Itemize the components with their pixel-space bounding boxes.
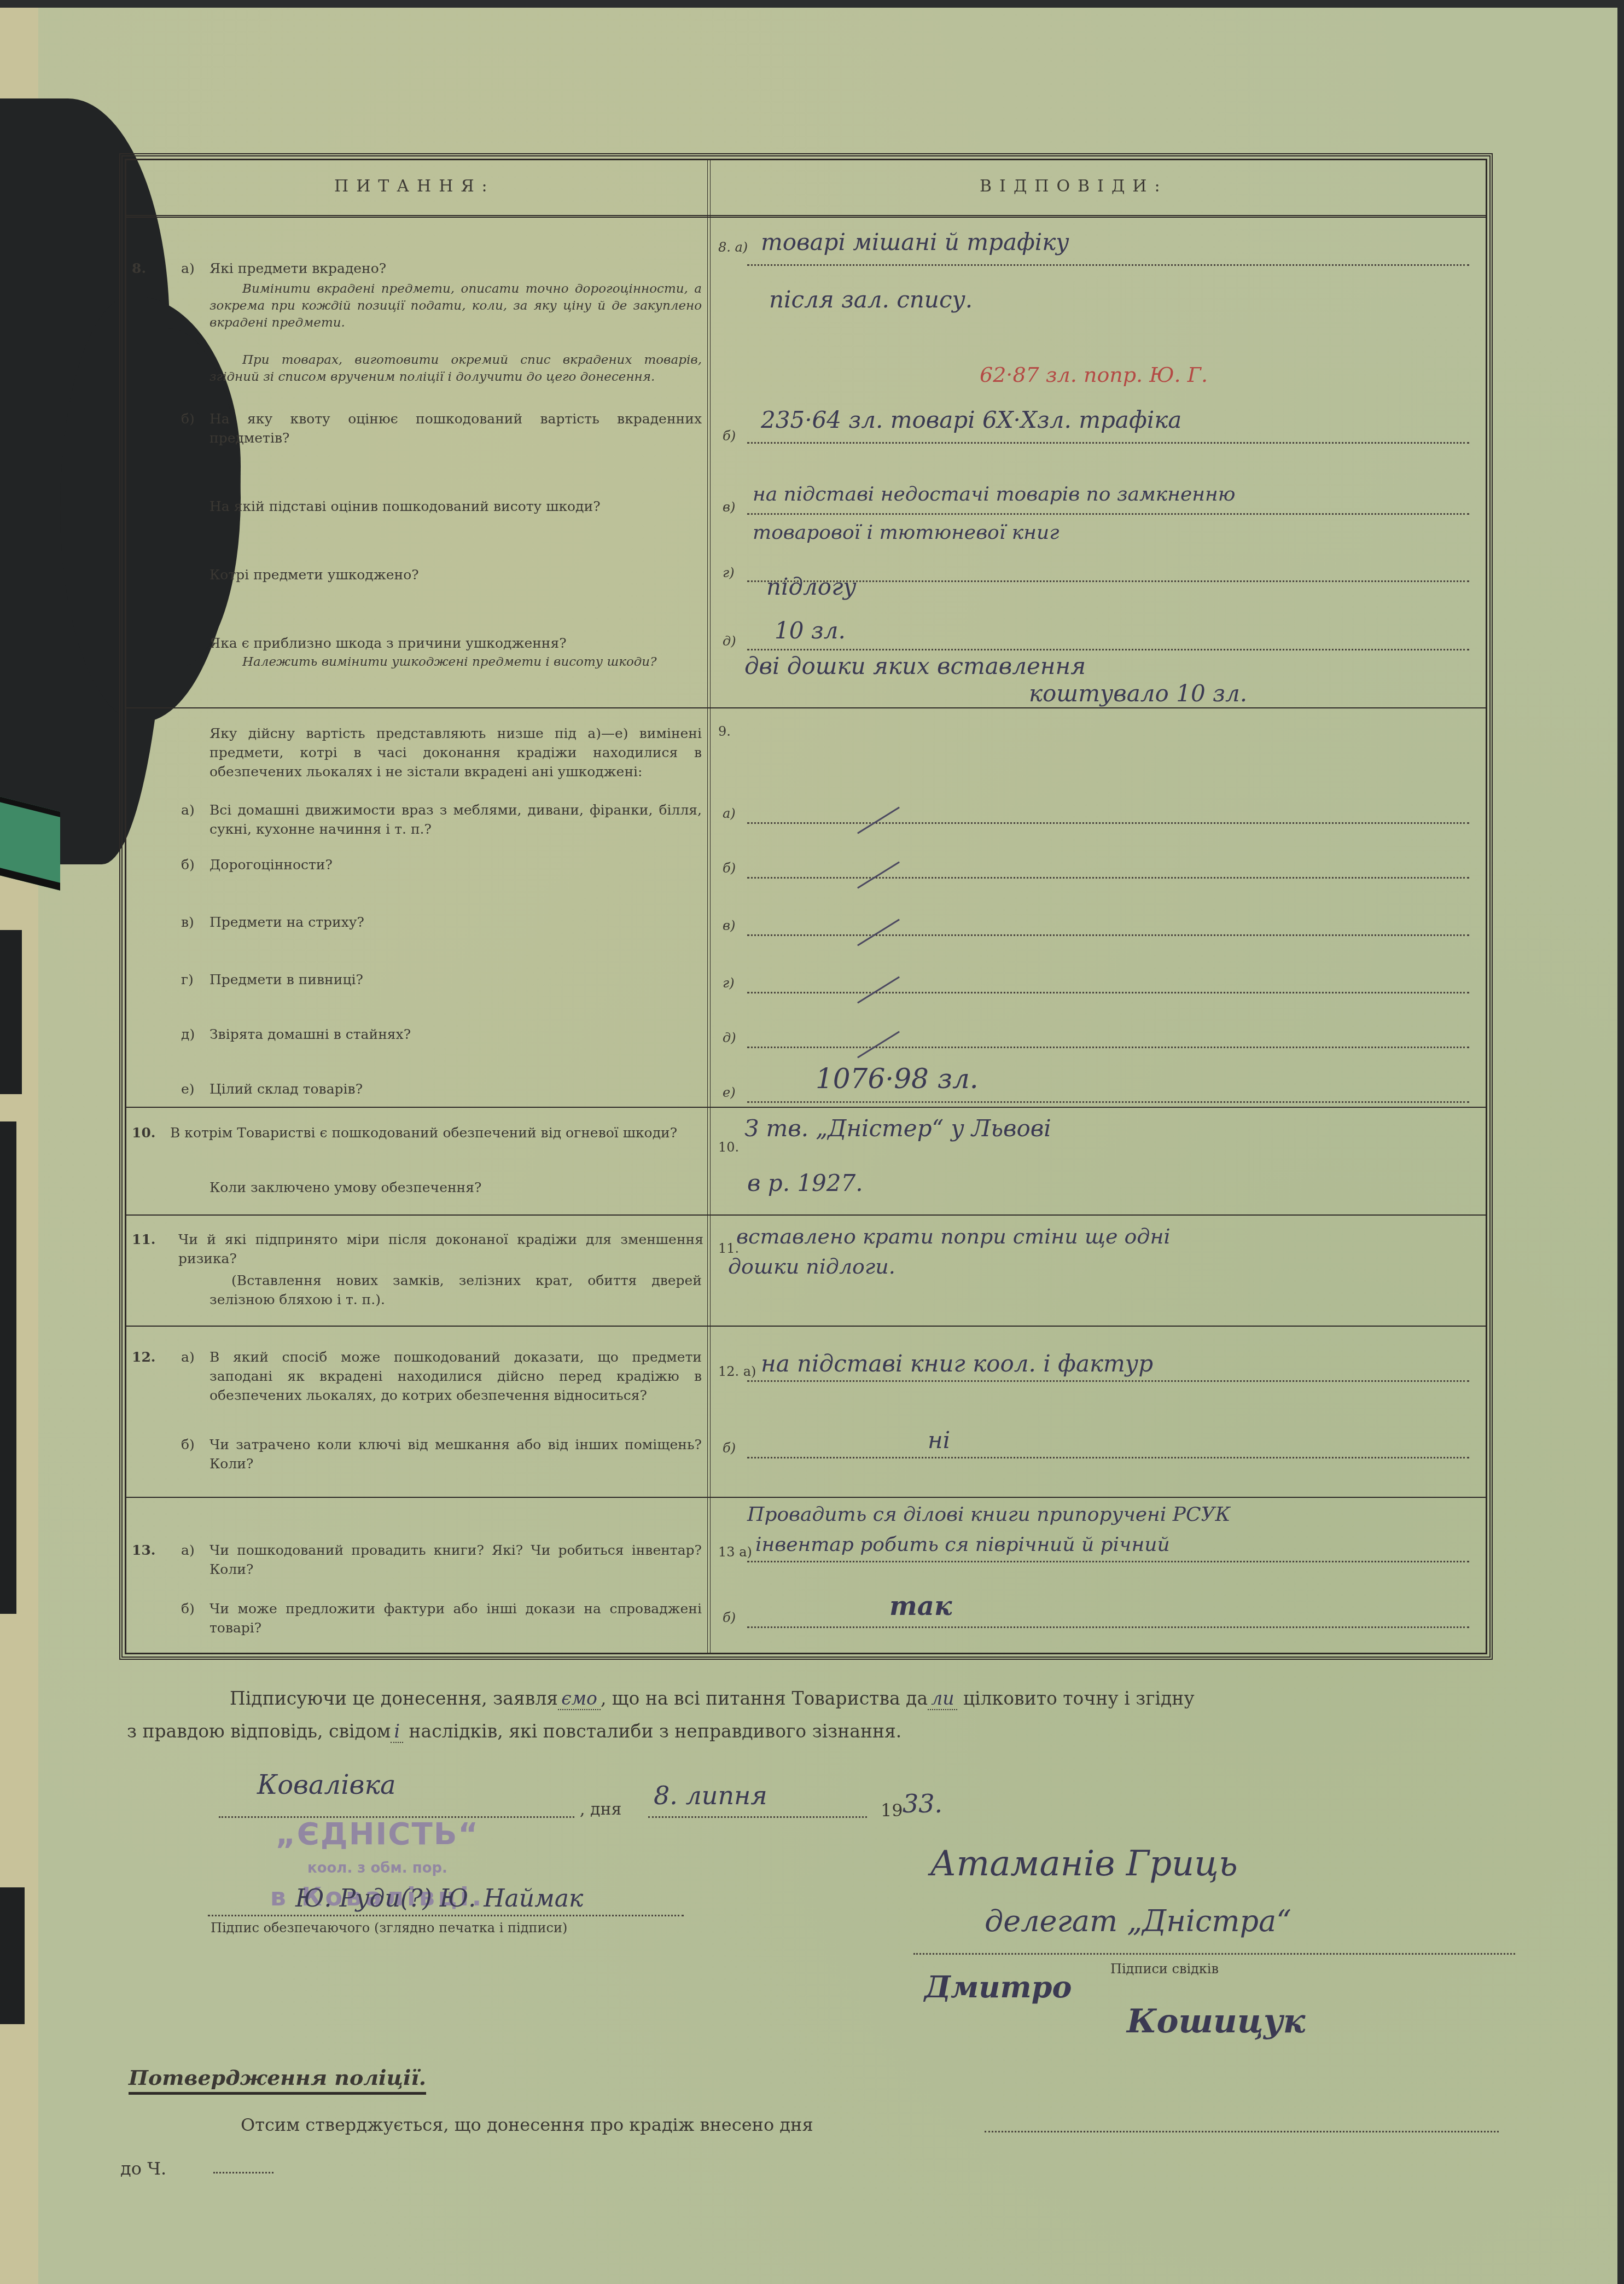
answer-line: [747, 992, 1469, 993]
table-header: ПИТАННЯ: ВІДПОВІДИ:: [126, 160, 1486, 218]
q12b-text: Чи затрачено коли ключі від мешкання або…: [209, 1435, 702, 1473]
q9-item-label: г): [181, 970, 194, 989]
q13-number: 13.: [132, 1541, 156, 1560]
dash-mark-icon: [857, 806, 900, 834]
answers-column-header: ВІДПОВІДИ:: [980, 177, 1168, 196]
day-label: , дня: [580, 1800, 621, 1819]
answer-line: [747, 1380, 1469, 1382]
dash-mark-icon: [857, 976, 900, 1003]
row-divider: [126, 1326, 1486, 1327]
police-confirmation-title: Потвердження поліції.: [129, 2065, 426, 2095]
a13b-label: б): [723, 1610, 736, 1625]
q11-note: (Вставлення нових замків, зелізних крат,…: [209, 1271, 702, 1309]
column-divider: [707, 160, 711, 1653]
dash-mark-icon: [857, 1031, 900, 1058]
a8d-answer-line-2: дві дошки яких вставлення: [744, 653, 1086, 679]
a9-item-label: а): [723, 806, 736, 821]
a11-answer-line-2: дошки підлоги.: [728, 1254, 895, 1278]
answer-line: [747, 1626, 1469, 1628]
q8a-label: а): [181, 259, 195, 278]
dash-mark-icon: [857, 861, 900, 888]
row-divider: [126, 1107, 1486, 1108]
a9-item-label: в): [723, 918, 735, 933]
a8g-label: г): [723, 565, 735, 580]
a13b-answer: так: [889, 1591, 952, 1622]
answer-line: [747, 1561, 1469, 1562]
answer-line: [747, 513, 1469, 515]
police-number-label: до Ч.: [120, 2158, 166, 2179]
q8a-note-2: При товарах, виготовити окремий спис вкр…: [209, 352, 702, 386]
row-divider: [126, 1497, 1486, 1498]
q8v-text: На якій підставі оцінив пошкодований вис…: [209, 497, 702, 516]
q9-item-text: Цілий склад товарів?: [209, 1079, 702, 1099]
a8a-answer-line-1: товарі мішані й трафіку: [761, 229, 1069, 255]
a13a-label: 13 а): [718, 1544, 752, 1560]
answer-line: [747, 649, 1469, 650]
questions-column-header: ПИТАННЯ:: [334, 177, 495, 196]
a8-label: 8. а): [718, 240, 748, 255]
q8-number: 8.: [132, 259, 146, 278]
a9-item-value: 1076·98 зл.: [816, 1063, 979, 1095]
row-divider: [126, 1214, 1486, 1216]
insured-signatures: Ю. Руди(?) Ю. Наймак: [295, 1885, 583, 1913]
a8b-answer: 235·64 зл. товарі 6Х·Хзл. трафіка: [761, 406, 1181, 433]
witness-1-name: Атаманів Гриць: [930, 1844, 1238, 1884]
q8b-text: На яку квоту оцінює пошкодований вартіст…: [209, 409, 702, 447]
insured-signature-line: [208, 1915, 684, 1916]
year-handwritten: 33.: [903, 1789, 942, 1818]
document-page: ПИТАННЯ: ВІДПОВІДИ: 8. а) Які предмети в…: [0, 0, 1624, 2284]
a12a-label: 12. а): [718, 1364, 756, 1379]
q8b-label: б): [181, 409, 195, 428]
q11-text: Чи й які підпринято міри після доконаної…: [178, 1230, 703, 1268]
witness-signature-line: [913, 1953, 1515, 1955]
q13a-text: Чи пошкодований провадить книги? Які? Чи…: [209, 1541, 702, 1579]
row-divider: [126, 707, 1486, 708]
q13b-text: Чи може предложити фактури або інші дока…: [209, 1599, 702, 1637]
a8d-label: д): [723, 634, 736, 649]
q12-number: 12.: [132, 1347, 156, 1367]
scan-background-right: [1617, 0, 1624, 2284]
witness-2-first-name: Дмитро: [924, 1969, 1072, 2004]
a8d-answer-line-3: коштувало 10 зл.: [1029, 680, 1247, 707]
q10-number: 10.: [132, 1123, 156, 1142]
a12a-answer: на підставі книг коол. і фактур: [761, 1350, 1153, 1377]
a8b-red-correction: 62·87 зл. попр. Ю. Г.: [980, 363, 1208, 387]
a13a-answer-line-1: Провадить ся ділові книги припоручені РС…: [747, 1503, 1230, 1526]
torn-edge: [0, 930, 22, 1094]
witness-2-last-name: Кошицук: [1127, 2002, 1305, 2041]
place-handwritten: Ковалівка: [257, 1770, 396, 1800]
date-handwritten: 8. липня: [654, 1781, 767, 1810]
declaration-line-2: з правдою відповідь, свідомі наслідків, …: [127, 1715, 1401, 1748]
q9-item-label: в): [181, 913, 194, 932]
q9-text: Яку дійсну вартість представляють низше …: [209, 724, 702, 781]
declaration-fill: ємо: [558, 1688, 601, 1710]
q13b-label: б): [181, 1599, 195, 1618]
questions-answers-table: ПИТАННЯ: ВІДПОВІДИ: 8. а) Які предмети в…: [125, 159, 1487, 1654]
witness-caption: Підписи свідків: [1110, 1961, 1219, 1977]
dash-mark-icon: [857, 919, 900, 946]
q10-text: В котрім Товаристві є пошкодований обезп…: [170, 1123, 703, 1142]
a12b-label: б): [723, 1440, 736, 1456]
q8g-text: Котрі предмети ушкоджено?: [209, 565, 702, 584]
insured-signature-caption: Підпис обезпечаючого (зглядно печатка і …: [211, 1920, 567, 1936]
q12a-text: В який спосіб може пошкодований доказати…: [209, 1347, 702, 1405]
q12a-label: а): [181, 1347, 195, 1367]
a10-answer-line-1: З тв. „Дністер“ у Львові: [744, 1115, 1051, 1142]
a12b-answer: ні: [928, 1427, 950, 1454]
q9-item-label: е): [181, 1079, 195, 1099]
torn-edge: [0, 1121, 16, 1614]
a8g-answer: підлогу: [766, 573, 857, 600]
witness-1-role: делегат „Дністра“: [985, 1904, 1291, 1938]
q9-item-text: Всі домашні движимости враз з меблями, д…: [209, 800, 702, 839]
a13a-answer-line-2: інвентар робить ся піврічний й річний: [755, 1533, 1170, 1556]
police-number-line: [213, 2172, 273, 2173]
declaration-fill: і: [391, 1721, 403, 1743]
q10-text-2: Коли заключено умову обезпечення?: [209, 1178, 702, 1197]
answer-line: [747, 264, 1469, 266]
torn-edge: [0, 1887, 25, 2024]
q9-item-label: б): [181, 855, 195, 874]
declaration-fill: ли: [928, 1688, 957, 1710]
a8d-answer-line-1: 10 зл.: [775, 617, 846, 644]
a9-item-label: д): [723, 1030, 736, 1045]
police-confirmation-text: Отсим стверджується, що донесення про кр…: [241, 2114, 813, 2135]
a10-label: 10.: [718, 1140, 739, 1155]
q9-item-label: а): [181, 800, 195, 820]
answer-line: [747, 442, 1469, 444]
date-line: [648, 1816, 867, 1818]
q13a-label: а): [181, 1541, 195, 1560]
cooperative-stamp-name: „ЄДНІСТЬ“: [235, 1816, 520, 1852]
q9-item-text: Звірята домашні в стайнях?: [209, 1025, 702, 1044]
answer-line: [747, 1457, 1469, 1458]
q9-item-text: Предмети в пивниці?: [209, 970, 702, 989]
answer-line: [747, 1047, 1469, 1048]
a8a-answer-line-2: після зал. спису.: [769, 286, 973, 313]
green-binder-strip: [0, 797, 60, 890]
answer-line: [747, 1101, 1469, 1103]
police-date-line: [985, 2131, 1499, 2132]
answer-line: [747, 822, 1469, 824]
declaration-line-1: Підписуючи це донесення, заявляємо, що н…: [230, 1682, 1504, 1715]
a8b-label: б): [723, 428, 736, 444]
q12b-label: б): [181, 1435, 195, 1454]
a9-item-label: б): [723, 861, 736, 876]
q8d-note: Належить вимінити ушкоджені предмети і в…: [209, 654, 702, 671]
q9-item-text: Предмети на стриху?: [209, 913, 702, 932]
q8d-text: Яка є приблизно шкода з причини ушкоджен…: [209, 634, 702, 653]
a8v-answer-line-1: на підставі недостачі товарів по замкнен…: [753, 483, 1236, 505]
cooperative-stamp-line-2: коол. з обм. пор.: [235, 1860, 520, 1876]
q8a-note-1: Вимінити вкрадені предмети, описати точн…: [209, 281, 702, 332]
q9-item-label: д): [181, 1025, 195, 1044]
year-prefix: 19: [881, 1800, 903, 1821]
q9-item-text: Дорогоцінности?: [209, 855, 702, 874]
a11-answer-line-1: вставлено крати попри стіни ще одні: [736, 1224, 1171, 1248]
a9-item-label: е): [723, 1085, 736, 1100]
a9-item-label: г): [723, 975, 735, 991]
a10-answer-line-2: в р. 1927.: [747, 1170, 863, 1196]
a8v-label: в): [723, 499, 735, 515]
scan-background-top: [0, 0, 1624, 8]
answer-line: [747, 877, 1469, 879]
answer-line: [747, 934, 1469, 936]
q11-number: 11.: [132, 1230, 156, 1249]
q8a-text: Які предмети вкрадено?: [209, 259, 702, 278]
a9-label: 9.: [718, 724, 731, 739]
a8v-answer-line-2: товарової і тютюневої книг: [753, 521, 1059, 544]
